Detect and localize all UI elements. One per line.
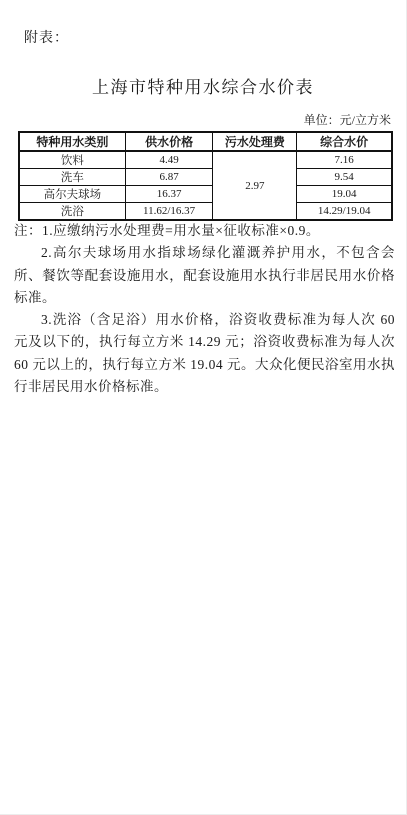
table-row: 高尔夫球场 16.37 19.04 <box>19 186 392 203</box>
note-3: 3.洗浴（含足浴）用水价格，浴资收费标准为每人次 60 元及以下的，执行每立方米… <box>14 309 395 398</box>
note-2: 2.高尔夫球场用水指球场绿化灌溉养护用水，不包含会所、餐饮等配套设施用水，配套设… <box>14 242 395 309</box>
category-cell: 饮料 <box>19 151 125 169</box>
category-cell: 洗浴 <box>19 203 125 221</box>
supply-price-cell: 11.62/16.37 <box>125 203 213 221</box>
table-row: 洗车 6.87 9.54 <box>19 169 392 186</box>
note-1: 注：1.应缴纳污水处理费=用水量×征收标准×0.9。 <box>14 220 395 242</box>
header-category: 特种用水类别 <box>19 132 125 151</box>
header-supply-price: 供水价格 <box>125 132 213 151</box>
supply-price-cell: 6.87 <box>125 169 213 186</box>
document-page: 附表： 上海市特种用水综合水价表 单位：元/立方米 特种用水类别 供水价格 污水… <box>0 0 407 815</box>
sewage-fee-cell: 2.97 <box>213 151 297 220</box>
notes-section: 注：1.应缴纳污水处理费=用水量×征收标准×0.9。 2.高尔夫球场用水指球场绿… <box>14 220 395 398</box>
table-row: 洗浴 11.62/16.37 14.29/19.04 <box>19 203 392 221</box>
supply-price-cell: 4.49 <box>125 151 213 169</box>
composite-price-cell: 7.16 <box>297 151 392 169</box>
composite-price-cell: 9.54 <box>297 169 392 186</box>
category-cell: 洗车 <box>19 169 125 186</box>
table-row: 饮料 4.49 2.97 7.16 <box>19 151 392 169</box>
appendix-label: 附表： <box>24 27 69 47</box>
category-cell: 高尔夫球场 <box>19 186 125 203</box>
unit-label: 单位：元/立方米 <box>304 111 391 128</box>
composite-price-cell: 19.04 <box>297 186 392 203</box>
table-header-row: 特种用水类别 供水价格 污水处理费 综合水价 <box>19 132 392 151</box>
page-title: 上海市特种用水综合水价表 <box>0 73 406 98</box>
supply-price-cell: 16.37 <box>125 186 213 203</box>
header-sewage-fee: 污水处理费 <box>213 132 297 151</box>
header-composite-price: 综合水价 <box>297 132 392 151</box>
composite-price-cell: 14.29/19.04 <box>297 203 392 221</box>
water-price-table: 特种用水类别 供水价格 污水处理费 综合水价 饮料 4.49 2.97 7.16… <box>18 131 393 221</box>
